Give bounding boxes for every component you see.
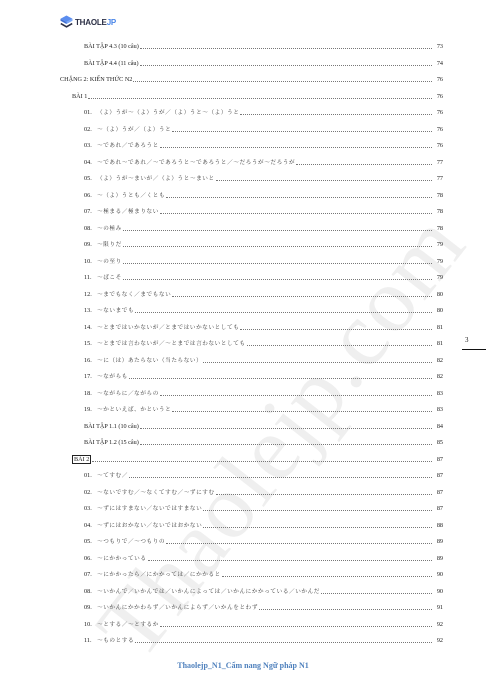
toc-entry-number: 19. <box>84 406 97 414</box>
toc-entry-number: 02. <box>84 126 97 134</box>
logo-text: THAOLEJP <box>75 18 116 27</box>
dot-leader <box>203 362 432 363</box>
toc-entry[interactable]: 03.～ずにはすまない／ないではすまない87 <box>84 501 443 513</box>
toc-entry[interactable]: 09.～いかんにかかわらず／いかんによらず／いかんをとわず91 <box>84 600 443 612</box>
toc-entry[interactable]: 11.～ものとする92 <box>84 633 443 645</box>
toc-entry-page: 76 <box>433 93 443 101</box>
toc-entry-page: 74 <box>433 60 443 68</box>
dot-leader <box>172 411 432 412</box>
toc-entry[interactable]: CHẶNG 2: KIẾN THỨC N276 <box>60 72 443 84</box>
toc-entry-label: ～とまでは言わないが／～とまでは言わないとしても <box>97 340 246 348</box>
toc-entry-number: 17. <box>84 373 97 381</box>
toc-entry[interactable]: 01.（よ）うが～（よ）うが／（よ）うと～（よ）うと76 <box>84 105 443 117</box>
stacked-layers-icon <box>60 15 73 29</box>
toc-entry-number: 13. <box>84 307 97 315</box>
toc-entry-number: 03. <box>84 505 97 513</box>
toc-entry-page: 76 <box>433 76 443 84</box>
toc-entry-number: 04. <box>84 522 97 530</box>
dot-leader <box>123 263 432 264</box>
toc-entry-number: 08. <box>84 588 97 596</box>
toc-entry-page: 87 <box>433 456 443 464</box>
dot-leader <box>240 329 432 330</box>
dot-leader <box>133 81 432 82</box>
toc-entry-page: 84 <box>433 423 443 431</box>
toc-entry-number: 01. <box>84 109 97 117</box>
toc-entry-number: 10. <box>84 258 97 266</box>
toc-entry-number: 10. <box>84 621 97 629</box>
toc-entry-page: 78 <box>433 208 443 216</box>
toc-entry-page: 78 <box>433 192 443 200</box>
toc-entry-page: 76 <box>433 126 443 134</box>
toc-entry[interactable]: 01.～てすむ／87 <box>84 468 443 480</box>
toc-entry[interactable]: 06.～にかかっている89 <box>84 551 443 563</box>
toc-entry[interactable]: 19.～かといえば、かというと83 <box>84 402 443 414</box>
dot-leader <box>216 494 432 495</box>
toc-entry-page: 81 <box>433 340 443 348</box>
toc-entry-page: 80 <box>433 291 443 299</box>
toc-entry-label: BÀI 1 <box>72 93 87 101</box>
toc-entry-number: 18. <box>84 390 97 398</box>
dot-leader <box>172 131 432 132</box>
toc-entry-page: 91 <box>433 604 443 612</box>
toc-entry-label: ～ないですむ／～なくてすむ／～ずにすむ <box>97 489 215 497</box>
toc-entry-number: 14. <box>84 324 97 332</box>
toc-entry[interactable]: 07.～にかかったら／にかかっては／にかかると90 <box>84 567 443 579</box>
toc-entry-label: ～ばこそ <box>97 274 122 282</box>
dot-leader <box>203 510 432 511</box>
toc-entry[interactable]: 10.～とする／～とするか92 <box>84 617 443 629</box>
toc-entry-page: 73 <box>433 43 443 51</box>
toc-entry-label: ～いかんで／いかんでは／いかんによっては／いかんにかかっている／いかんだ <box>97 588 320 596</box>
toc-entry-number: 12. <box>84 291 97 299</box>
toc-entry-label: ～ながらも <box>97 373 128 381</box>
toc-entry-page: 88 <box>433 522 443 530</box>
toc-entry-page: 89 <box>433 555 443 563</box>
dot-leader <box>92 461 432 462</box>
brand-logo: THAOLEJP <box>60 15 116 29</box>
toc-entry-number: 16. <box>84 357 97 365</box>
toc-entry-number: 06. <box>84 192 97 200</box>
toc-entry-page: 82 <box>433 373 443 381</box>
toc-entry-label: （よ）うが～まいが／（よ）うと～まいと <box>97 175 215 183</box>
toc-entry-label: ～であれ～であれ／～であろうと～であろうと／～だろうが～だろうが <box>97 159 295 167</box>
toc-entry-page: 87 <box>433 505 443 513</box>
toc-entry-label: ～とする／～とするか <box>97 621 159 629</box>
dot-leader <box>160 213 432 214</box>
toc-entry-page: 87 <box>433 472 443 480</box>
dot-leader <box>129 378 432 379</box>
toc-entry-page: 92 <box>433 621 443 629</box>
dot-leader <box>296 164 432 165</box>
toc-entry-label: ～にかかっている <box>97 555 147 563</box>
dot-leader <box>240 114 432 115</box>
toc-entry-label: ～であれ／であろうと <box>97 142 159 150</box>
toc-entry-page: 83 <box>433 390 443 398</box>
toc-entry-label: ～の極み <box>97 225 122 233</box>
toc-entry[interactable]: BÀI TẬP 4.3 (10 câu)73 <box>84 39 443 51</box>
toc-entry-page: 76 <box>433 109 443 117</box>
toc-entry[interactable]: 13.～ないまでも80 <box>84 303 443 315</box>
dot-leader <box>160 147 432 148</box>
toc-entry-page: 82 <box>433 357 443 365</box>
toc-entry-number: 09. <box>84 604 97 612</box>
dot-leader <box>140 65 432 66</box>
toc-entry-label: ～ずにはおかない／ないではおかない <box>97 522 202 530</box>
toc-entry-page: 85 <box>433 439 443 447</box>
toc-entry-page: 79 <box>433 241 443 249</box>
toc-entry[interactable]: 08.～いかんで／いかんでは／いかんによっては／いかんにかかっている／いかんだ9… <box>84 584 443 596</box>
toc-entry-label: ～つもりで／～つもりの <box>97 538 165 546</box>
toc-entry-label: ～限りだ <box>97 241 122 249</box>
toc-entry[interactable]: 02.～ないですむ／～なくてすむ／～ずにすむ87 <box>84 485 443 497</box>
toc-entry[interactable]: 18.～ながらに／ながらの83 <box>84 386 443 398</box>
toc-entry-page: 90 <box>433 571 443 579</box>
dot-leader <box>259 609 432 610</box>
toc-entry[interactable]: BÀI TẬP 1.1 (10 câu)84 <box>84 419 443 431</box>
dot-leader <box>203 527 432 528</box>
toc-entry[interactable]: 10.～の至り79 <box>84 254 443 266</box>
toc-entry[interactable]: 04.～であれ～であれ／～であろうと～であろうと／～だろうが～だろうが77 <box>84 155 443 167</box>
toc-entry-page: 76 <box>433 142 443 150</box>
toc-entry[interactable]: 14.～とまではいかないが／とまではいかないとしても81 <box>84 320 443 332</box>
toc-entry-number: 11. <box>84 637 97 645</box>
dot-leader <box>222 576 432 577</box>
toc-entry-page: 81 <box>433 324 443 332</box>
toc-entry-label: ～ないまでも <box>97 307 134 315</box>
toc-entry-number: 15. <box>84 340 97 348</box>
dot-leader <box>160 626 432 627</box>
toc-entry[interactable]: 03.～であれ／であろうと76 <box>84 138 443 150</box>
toc-entry-label: ～に（は）あたらない（当たらない） <box>97 357 202 365</box>
dot-leader <box>129 477 432 478</box>
dot-leader <box>166 543 432 544</box>
toc-entry-page: 83 <box>433 406 443 414</box>
dot-leader <box>140 444 432 445</box>
toc-entry-label: BÀI TẬP 4.4 (11 câu) <box>84 60 139 68</box>
toc-entry-number: 05. <box>84 538 97 546</box>
toc-entry-number: 07. <box>84 208 97 216</box>
dot-leader <box>148 560 432 561</box>
toc-entry-label: BÀI TẬP 1.2 (15 câu) <box>84 439 139 447</box>
toc-entry-label: ～極まる／極まりない <box>97 208 159 216</box>
toc-entry[interactable]: 05.（よ）うが～まいが／（よ）うと～まいと77 <box>84 171 443 183</box>
toc-entry-number: 06. <box>84 555 97 563</box>
dot-leader <box>88 98 432 99</box>
document-page: Thaolejp.com THAOLEJP BÀI TẬP 4.3 (10 câ… <box>0 0 486 693</box>
toc-entry[interactable]: 11.～ばこそ79 <box>84 270 443 282</box>
toc-entry-label: ～ものとする <box>97 637 134 645</box>
toc-entry[interactable]: BÀI 287 <box>72 452 443 464</box>
toc-entry-label: ～いかんにかかわらず／いかんによらず／いかんをとわず <box>97 604 258 612</box>
toc-entry[interactable]: 08.～の極み78 <box>84 221 443 233</box>
toc-entry-number: 05. <box>84 175 97 183</box>
toc-entry[interactable]: 09.～限りだ79 <box>84 237 443 249</box>
toc-entry[interactable]: 05.～つもりで／～つもりの89 <box>84 534 443 546</box>
toc-entry-page: 77 <box>433 175 443 183</box>
dot-leader <box>247 345 432 346</box>
toc-entry[interactable]: 15.～とまでは言わないが／～とまでは言わないとしても81 <box>84 336 443 348</box>
dot-leader <box>135 312 432 313</box>
toc-entry-label: ～かといえば、かというと <box>97 406 171 414</box>
toc-entry-page: 77 <box>433 159 443 167</box>
dot-leader <box>140 428 432 429</box>
toc-entry-label: ～（よ）うが／（よ）うと <box>97 126 171 134</box>
toc-entry[interactable]: 07.～極まる／極まりない78 <box>84 204 443 216</box>
dot-leader <box>321 593 432 594</box>
toc-entry-page: 78 <box>433 225 443 233</box>
toc-entry-label: BÀI TẬP 4.3 (10 câu) <box>84 43 139 51</box>
toc-entry[interactable]: 16.～に（は）あたらない（当たらない）82 <box>84 353 443 365</box>
toc-entry-label: ～てすむ／ <box>97 472 128 480</box>
toc-entry-label: ～（よ）うとも／くとも <box>97 192 165 200</box>
toc-entry-label: ～とまではいかないが／とまではいかないとしても <box>97 324 239 332</box>
page-marker-rule <box>462 349 486 350</box>
toc-entry[interactable]: 12.～までもなく／までもない80 <box>84 287 443 299</box>
toc-entry-label: BÀI TẬP 1.1 (10 câu) <box>84 423 139 431</box>
toc-entry-label: ～ながらに／ながらの <box>97 390 159 398</box>
dot-leader <box>140 48 432 49</box>
toc-entry-number: 08. <box>84 225 97 233</box>
toc-entry-number: 07. <box>84 571 97 579</box>
dot-leader <box>160 395 432 396</box>
dot-leader <box>135 642 432 643</box>
toc-entry-label: CHẶNG 2: KIẾN THỨC N2 <box>60 76 132 84</box>
toc-entry[interactable]: 04.～ずにはおかない／ないではおかない88 <box>84 518 443 530</box>
toc-entry-page: 89 <box>433 538 443 546</box>
toc-entry-number: 04. <box>84 159 97 167</box>
toc-entry-number: 01. <box>84 472 97 480</box>
toc-entry[interactable]: 02.～（よ）うが／（よ）うと76 <box>84 122 443 134</box>
toc-entry-label: ～ずにはすまない／ないではすまない <box>97 505 202 513</box>
dot-leader <box>123 279 432 280</box>
toc-entry[interactable]: BÀI TẬP 1.2 (15 câu)85 <box>84 435 443 447</box>
dot-leader <box>172 296 432 297</box>
toc-entry[interactable]: 06.～（よ）うとも／くとも78 <box>84 188 443 200</box>
toc-entry-number: 02. <box>84 489 97 497</box>
toc-entry-label: ～の至り <box>97 258 122 266</box>
toc-entry-page: 79 <box>433 258 443 266</box>
toc-entry-label: ～までもなく／までもない <box>97 291 171 299</box>
toc-entry-page: 87 <box>433 489 443 497</box>
toc-entry-label: BÀI 2 <box>72 455 91 464</box>
toc-entry-page: 80 <box>433 307 443 315</box>
toc-entry-number: 09. <box>84 241 97 249</box>
dot-leader <box>216 180 432 181</box>
dot-leader <box>166 197 432 198</box>
toc-entry-page: 79 <box>433 274 443 282</box>
toc-entry[interactable]: BÀI TẬP 4.4 (11 câu)74 <box>84 56 443 68</box>
toc-entry-number: 03. <box>84 142 97 150</box>
toc-entry-label: ～にかかったら／にかかっては／にかかると <box>97 571 221 579</box>
toc-entry-page: 90 <box>433 588 443 596</box>
toc-entry[interactable]: BÀI 176 <box>72 89 443 101</box>
dot-leader <box>123 246 432 247</box>
page-footer: Thaolejp_N1_Cẩm nang Ngữ pháp N1 <box>0 661 486 670</box>
page-number-marker: 3 <box>465 336 469 344</box>
toc-entry-number: 11. <box>84 274 97 282</box>
toc-entry-page: 92 <box>433 637 443 645</box>
toc-entry[interactable]: 17.～ながらも82 <box>84 369 443 381</box>
dot-leader <box>123 230 432 231</box>
toc-entry-label: （よ）うが～（よ）うが／（よ）うと～（よ）うと <box>97 109 239 117</box>
